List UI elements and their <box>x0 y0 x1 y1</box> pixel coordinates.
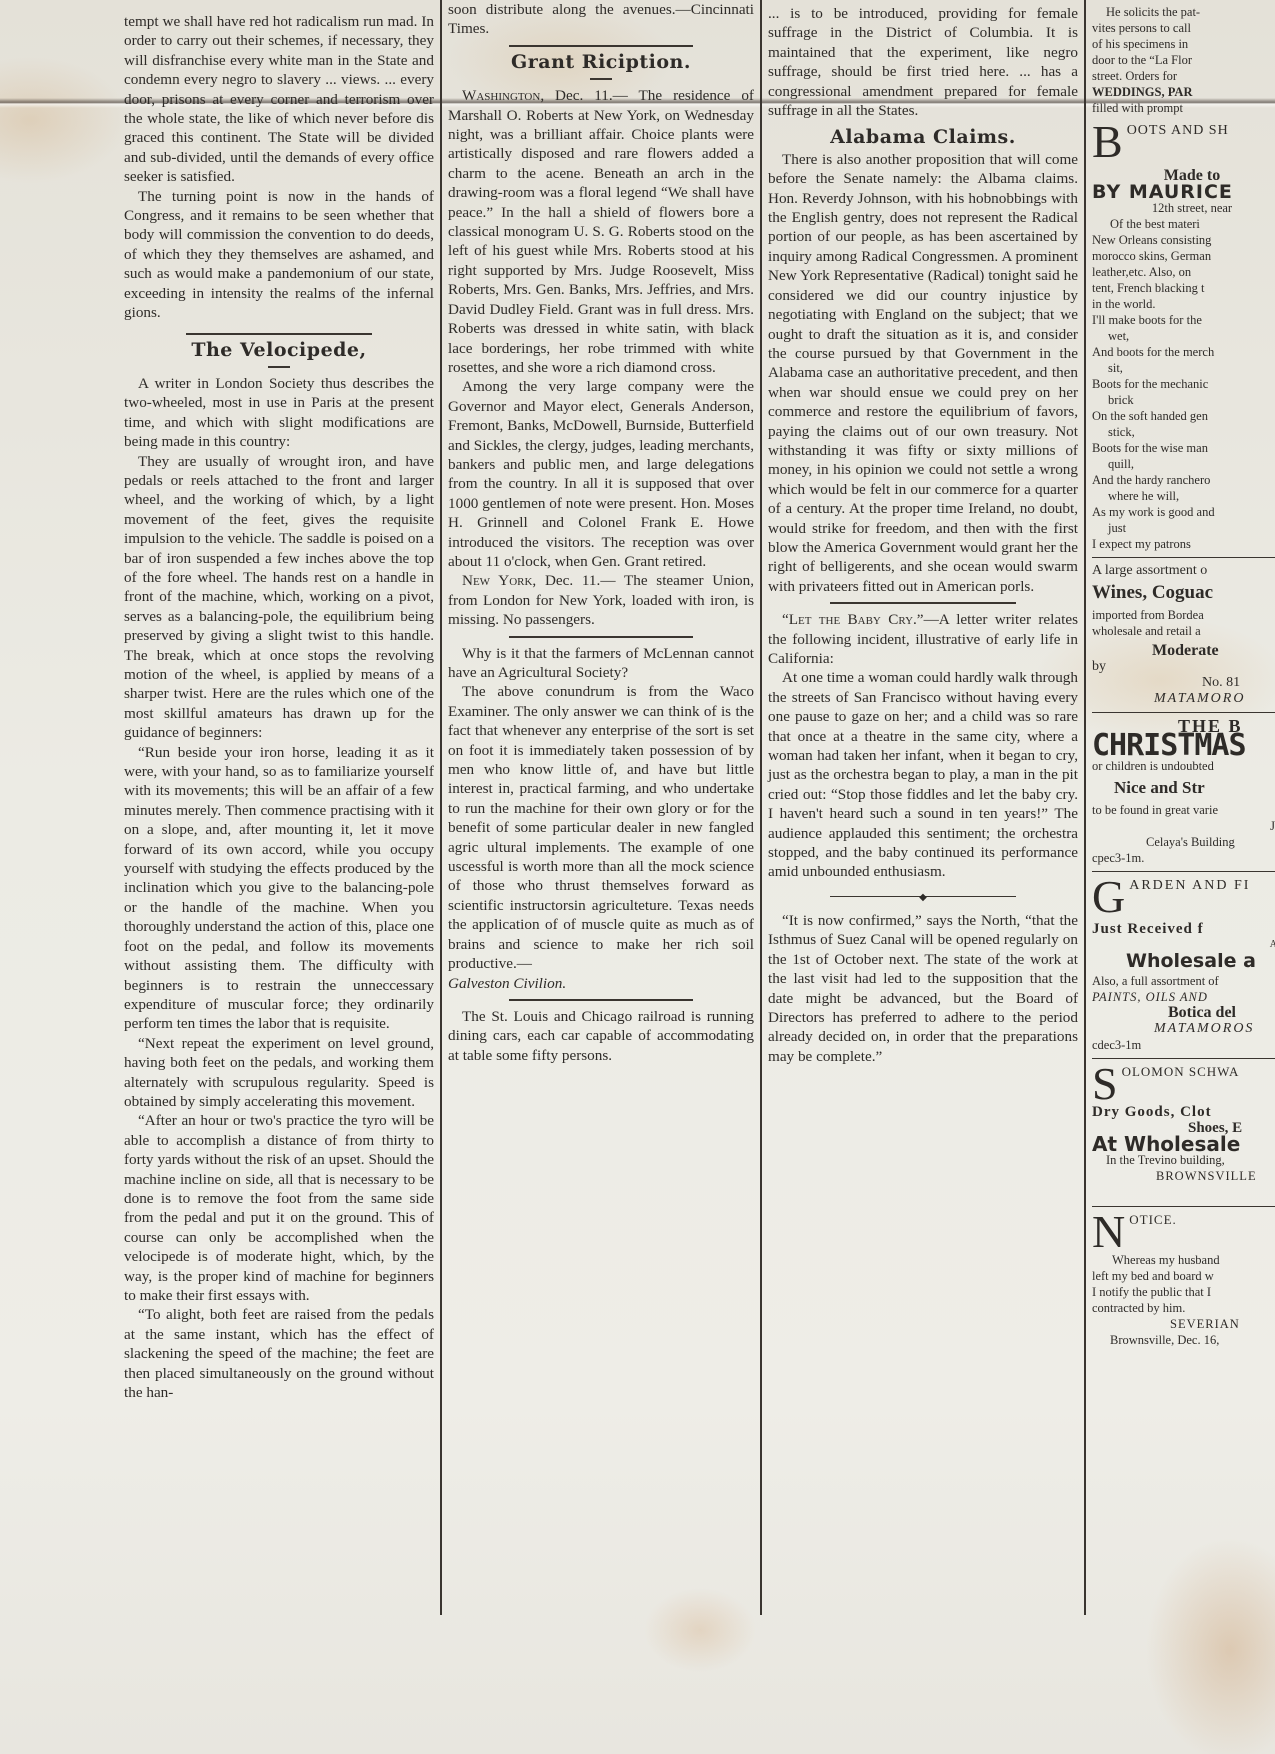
article-separator <box>509 636 693 638</box>
drop-cap-n: N <box>1092 1212 1125 1252</box>
article-politics-part1: tempt we shall have red hot radicalism r… <box>124 12 434 187</box>
steamer-union-para: New York, Dec. 11.— The steamer Union, f… <box>448 571 754 629</box>
velocipede-headline: The Velocipede, <box>124 341 434 360</box>
ad-separator <box>1092 712 1275 713</box>
grant-reception-headline: Grant Riciption. <box>448 53 754 72</box>
velocipede-article: A writer in London Society thus describe… <box>124 374 434 1403</box>
wines-ad: A large assortment o Wines, Coguac impor… <box>1092 563 1275 707</box>
agri-question: Why is it that the farmers of McLennan c… <box>448 644 754 683</box>
article-politics-part2: The turning point is now in the hands of… <box>124 187 434 323</box>
drop-cap-s: S <box>1092 1064 1118 1104</box>
agri-credit: Galveston Civilion. <box>448 974 754 993</box>
column-rule-3 <box>1084 0 1086 1615</box>
baby-cry-intro: “Let the Baby Cry.”—A letter writer rela… <box>768 610 1078 668</box>
column-3: ... is to be introduced, providing for f… <box>768 0 1078 1066</box>
female-suffrage-item: ... is to be introduced, providing for f… <box>768 4 1078 120</box>
alabama-claims-headline: Alabama Claims. <box>768 128 1078 147</box>
christmas-ad: THE B CHRISTMAS or children is undoubted… <box>1092 718 1275 866</box>
baby-cry-lead: “Let the Baby Cry.” <box>782 611 924 628</box>
velocipede-para: A writer in London Society thus describe… <box>124 374 434 452</box>
ad-separator <box>1092 557 1275 558</box>
notice-ad: NOTICE. Whereas my husband left my bed a… <box>1092 1212 1275 1348</box>
suez-canal-item: “It is now confirmed,” says the North, “… <box>768 911 1078 1066</box>
solomon-ad: SOLOMON SCHWA Dry Goods, Clot Shoes, E A… <box>1092 1064 1275 1184</box>
column-4-advertisements: He solicits the pat- vites persons to ca… <box>1092 0 1275 1348</box>
article-separator <box>509 999 693 1001</box>
velocipede-para: “Next repeat the experiment on level gro… <box>124 1034 434 1112</box>
ad-separator <box>1092 1058 1275 1059</box>
velocipede-para: “Run beside your iron horse, leading it … <box>124 743 434 1034</box>
prior-article-tail: soon distribute along the avenues.—Cinci… <box>448 0 754 39</box>
drop-cap-b: B <box>1092 122 1123 162</box>
dateline-new-york: New York <box>462 572 532 589</box>
baby-cry-story: At one time a woman could hardly walk th… <box>768 668 1078 881</box>
velocipede-para: “After an hour or two's practice the tyr… <box>124 1111 434 1305</box>
article-separator <box>509 45 693 47</box>
column-rule-1 <box>440 0 442 1615</box>
drop-cap-g: G <box>1092 877 1125 917</box>
grant-para-1: Washington, Dec. 11.— The residence of M… <box>448 86 754 377</box>
garden-ad: GARDEN AND FI Just Received f AT Wholesa… <box>1092 877 1275 1053</box>
headline-dash <box>268 366 290 368</box>
column-2: soon distribute along the avenues.—Cinci… <box>448 0 754 1065</box>
ornamental-separator <box>830 896 1016 897</box>
grant-para-2: Among the very large company were the Go… <box>448 377 754 571</box>
article-separator <box>186 333 372 335</box>
column-1: tempt we shall have red hot radicalism r… <box>124 0 434 1402</box>
boots-ad: BOOTS AND SH Made to BY MAURICE 12th str… <box>1092 122 1275 552</box>
florist-ad: He solicits the pat- vites persons to ca… <box>1092 4 1275 116</box>
railroad-item: The St. Louis and Chicago railroad is ru… <box>448 1007 754 1065</box>
dateline-washington: Washington <box>462 87 540 104</box>
velocipede-para: They are usually of wrought iron, and ha… <box>124 452 434 743</box>
velocipede-para: “To alight, both feet are raised from th… <box>124 1305 434 1402</box>
headline-dash <box>590 78 612 80</box>
alabama-claims-para: There is also another proposition that w… <box>768 150 1078 596</box>
column-rule-2 <box>760 0 762 1615</box>
agri-answer: The above conundrum is from the Waco Exa… <box>448 682 754 973</box>
article-separator <box>830 602 1016 604</box>
